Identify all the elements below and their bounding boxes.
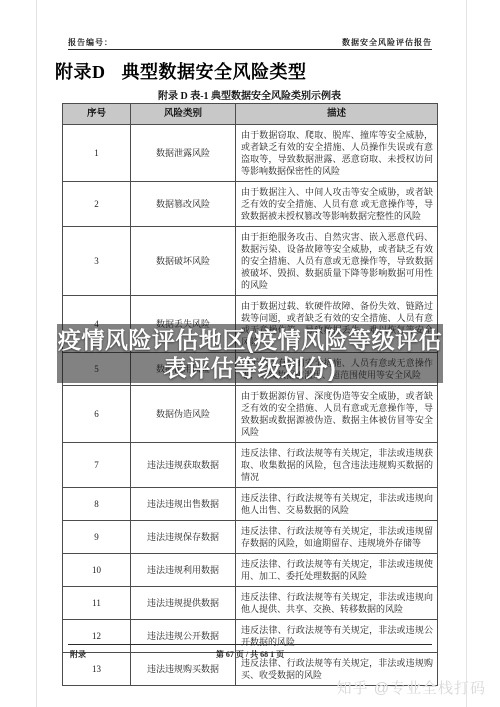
table-row: 7违法违规获取数据违反法律、行政法规等有关规定，非法或违规获取、收集数据的风险，… [63,443,438,488]
row-number: 11 [63,587,131,620]
risk-category: 数据篡改风险 [131,182,236,227]
risk-description: 违反法律、行政法规等有关规定，非法或违规向他人出售、交易数据的风险 [236,488,438,521]
page-left-edge [36,0,37,707]
table-header-row: 序号 风险类别 描述 [63,104,438,125]
table-row: 8违法违规出售数据违反法律、行政法规等有关规定，非法或违规向他人出售、交易数据的… [63,488,438,521]
overlay-text-line1: 疫情风险评估地区(疫情风险等级评估 [58,326,442,354]
row-number: 2 [63,182,131,227]
risk-description: 违反法律、行政法规等有关规定，非法或违规使用、加工、委托处理数据的风险 [236,554,438,587]
table-row: 11违法违规提供数据违反法律、行政法规等有关规定，非法或违规向他人提供、共享、交… [63,587,438,620]
risk-description: 由于拒绝服务攻击、自然灾害、嵌入恶意代码、数据污染、设备故障等安全威胁，或者缺乏… [236,227,438,296]
row-number: 9 [63,521,131,554]
overlay-text-line2: 表评估等级划分) [164,354,337,382]
risk-description: 由于数据注入、中间人攻击等安全威胁，或者缺乏有效的安全措施、人员有意 或无意操作… [236,182,438,227]
risk-description: 违反法律、行政法规等有关规定，非法或违规留存数据的风险，如逾期留存、违规境外存储… [236,521,438,554]
risk-description: 违反法律、行政法规等有关规定，非法或违规获取、收集数据的风险，包含违法违规购买数… [236,443,438,488]
column-header-no: 序号 [63,104,131,125]
table-row: 6数据伪造风险由于数据源仿冒、深度伪造等安全威胁，或者缺乏有效的安全措施、人员有… [63,386,438,443]
risk-category: 数据破坏风险 [131,227,236,296]
risk-category: 数据伪造风险 [131,386,236,443]
risk-category: 违法违规保存数据 [131,521,236,554]
row-number: 1 [63,125,131,182]
report-title-label: 数据安全风险评估报告 [342,37,432,48]
table-row: 10违法违规利用数据违反法律、行政法规等有关规定，非法或违规使用、加工、委托处理… [63,554,438,587]
row-number: 10 [63,554,131,587]
column-header-category: 风险类别 [131,104,236,125]
table-caption: 附录 D 表-1 典型数据安全风险类别示例表 [62,87,437,102]
risk-category: 违法违规出售数据 [131,488,236,521]
row-number: 3 [63,227,131,296]
table-row: 3数据破坏风险由于拒绝服务攻击、自然灾害、嵌入恶意代码、数据污染、设备故障等安全… [63,227,438,296]
row-number: 6 [63,386,131,443]
zhihu-watermark: 知乎 @专业全栈打码 [337,677,486,698]
table-row: 9违法违规保存数据违反法律、行政法规等有关规定，非法或违规留存数据的风险，如逾期… [63,521,438,554]
risk-description: 违反法律、行政法规等有关规定，非法或违规向他人提供、共享、交换、转移数据的风险 [236,587,438,620]
row-number: 8 [63,488,131,521]
running-header: 报告编号： 数据安全风险评估报告 [68,37,432,50]
row-number: 7 [63,443,131,488]
appendix-title: 附录D典型数据安全风险类型 [55,58,445,84]
column-header-description: 描述 [236,104,438,125]
risk-category: 违法违规提供数据 [131,587,236,620]
risk-category: 违法违规获取数据 [131,443,236,488]
risk-category: 数据泄露风险 [131,125,236,182]
risk-type-table: 序号 风险类别 描述 1数据泄露风险由于数据窃取、爬取、脱库、撞库等安全威胁，或… [62,103,438,686]
censor-overlay-banner: 疫情风险评估地区(疫情风险等级评估 表评估等级划分) [57,324,443,383]
table-row: 1数据泄露风险由于数据窃取、爬取、脱库、撞库等安全威胁，或者缺乏有效的安全措施、… [63,125,438,182]
page-right-edge [466,0,467,707]
footer-section-label: 附录 [70,649,86,660]
appendix-label: 附录D [55,62,106,82]
risk-description: 由于数据窃取、爬取、脱库、撞库等安全威胁，或者缺乏有效的安全措施、人员操作失误或… [236,125,438,182]
report-number-label: 报告编号： [68,37,113,48]
page-number: 第 67 页 / 共 68 1 页 [68,649,432,660]
risk-description: 由于数据源仿冒、深度伪造等安全威胁，或者缺乏有效的安全措施、人员有意或无意操作等… [236,386,438,443]
risk-category: 违法违规利用数据 [131,554,236,587]
running-footer: 附录 第 67 页 / 共 68 1 页 [68,644,432,660]
page-title: 典型数据安全风险类型 [122,62,307,82]
table-row: 2数据篡改风险由于数据注入、中间人攻击等安全威胁，或者缺乏有效的安全措施、人员有… [63,182,438,227]
